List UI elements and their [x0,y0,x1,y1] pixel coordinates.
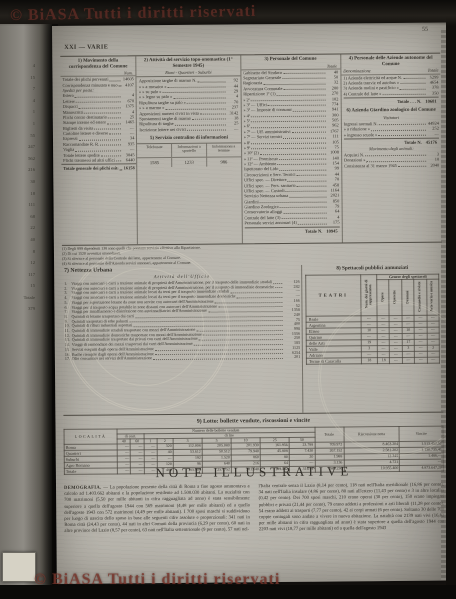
stat-label: 4) Centrale del latte » [343,91,381,97]
dotted-leader [273,283,282,284]
total-label: Totale N. [404,140,421,145]
col-header-operette: Operette [389,279,402,315]
col-header-drammi: Drammi [402,279,415,315]
stat-label: Consistenza al 31 marzo 1945 [344,163,397,169]
total-value: 10681 [425,99,436,104]
dotted-leader [378,135,426,136]
previous-page-number: 4 [24,64,35,69]
dotted-leader [187,130,225,131]
section-total: Totale N. 45176 [344,138,439,146]
total-label: Totale . . . N. [397,99,421,104]
photo-dark-edge [446,0,456,599]
paragraph-lead: DEMOGRAFIA. [64,486,102,491]
section-spettacoli: 8) Spettacoli pubblici annunziati TEATRI… [302,264,443,413]
centralino-col: Informazioni a termine 986 [207,143,241,166]
col-header-commedie: Commedie e riviste [414,279,427,315]
stat-label: Personale servizi annonari (4) [244,220,297,226]
dotted-leader [403,78,425,79]
dotted-leader [398,166,426,167]
cell: — [402,357,414,363]
stat-rows: Totale dei plichi pervenuti 14605 Corris… [60,77,136,172]
section-total: Totale . . . N. 10681 [343,97,438,105]
previous-page-numbers: 415741155247562216301811168224081211715T… [24,64,35,312]
stat-row: Plichi trasmessi ad altri uffici 6440 [61,157,136,163]
section-title: 2) Attività del servizio topo-onomastica… [139,57,238,69]
spine-label [2,552,36,582]
previous-page-number: 7 [24,87,35,92]
previous-page-number: 1 [24,110,35,115]
previous-page-number: 22 [24,226,35,231]
stat-value: 4107 [122,82,134,87]
rotated-header: Commedie e riviste [418,280,422,314]
stat-row: Totale generale dei plichi esitati 16158 [61,164,136,172]
dotted-leader [108,118,121,119]
stat-rows: Ingressi normali N. 44924 » a riduzione … [342,120,441,137]
stat-rows: 1. Viaggi con autocarri e carri a trazio… [62,280,302,362]
middle-sections-band: 7) Nettezza Urbana Attività dell'Ufficio… [62,264,443,416]
dotted-leader [119,85,121,86]
section-subtitle: Attività dell'Ufficio [62,273,301,280]
dotted-leader [382,94,425,95]
stat-value: 175 [327,220,339,225]
previous-page-number: 18 [24,192,35,197]
cell: 18 [378,358,390,364]
col-header-riscossione: Riscossione netta [344,426,400,441]
dotted-leader [120,169,122,170]
previous-page-number: 379 [24,307,35,312]
col-value: 986 [207,157,241,166]
top-sections-band: 1) Movimento della corrispondenza del Co… [60,53,442,246]
col-header-totale: Totale [315,427,344,442]
note-illustrative-title: NOTE ILLUSTRATIVE [64,463,444,482]
rotated-header: Opere [381,280,385,314]
section-title: 4) Personale delle Aziende autonome del … [343,56,438,68]
dotted-leader [101,155,122,156]
section-personale-comune: 3) Personale del Comune Totale Gabinetto… [241,54,343,243]
section-aziende-and-zoo: 4) Personale delle Aziende autonome del … [341,54,442,243]
stat-label: » ingresso scuole » [344,132,378,138]
total-value: 10945 [326,228,337,233]
previous-page-number: 30 [24,180,35,185]
stat-label: Iscrizione lettere nei civici [139,126,186,132]
section-title: 3) Personale del Comune [243,57,338,63]
stat-label: Totale generale dei plichi esitati [63,166,118,172]
previous-page-number: 15 [24,76,35,81]
previous-page-number: 1 [24,122,35,127]
dotted-leader [275,287,283,288]
col-header: Informazioni a sportello [172,143,206,157]
section-total: Totale N. 10945 [244,226,339,234]
stat-value: 16158 [123,166,135,171]
rotated-header: Operette [393,280,397,314]
previous-page-number: 68 [24,215,35,220]
stat-value: — [226,126,238,131]
paragraph-text: — La popolazione presente della città di… [64,484,250,534]
col-header-opere: Opere [377,280,390,316]
col-header: Informazioni a termine [207,143,241,157]
dotted-leader [100,145,121,146]
dotted-leader [110,80,121,81]
stat-row: 4) Centrale del latte » 350 [341,90,440,96]
stat-value: — [427,131,439,136]
centralino-col: Telefonate 1585 [137,144,172,167]
row-number: 17. [65,357,72,362]
chapter-title: XXI — VARIE [64,44,108,51]
section-subtitle: Movimento degli animali: [342,146,441,152]
previous-page-number: 12 [24,261,35,266]
stat-row: Personale servizi annonari (4) 175 [242,220,341,226]
dotted-leader [116,161,122,162]
previous-page-number: 40 [24,238,35,243]
section-title: 6) Azienda Giardino zoologico del Comune [344,108,439,114]
previous-page-number: 216 [24,168,35,173]
theater-name: Terme di Caracalla [307,358,362,364]
rotated-header: Num. dei giorni di rappresentaz. [365,278,373,312]
section-title: 5) Servizio centralino di informazioni [139,135,238,142]
dotted-leader [109,134,121,135]
scanned-page: 55 XXI — VARIE 1) Movimento della corris… [52,23,451,584]
scanned-book-photo: 415741155247562216301811168224081211715T… [0,0,456,599]
cell: — [390,357,402,363]
previous-page-number: Totale [24,296,35,301]
previous-page-number: 117 [24,273,35,278]
col-header: Telefonate [137,144,171,158]
col-header-giorni: Num. dei giorni di rappresentaz. [360,275,377,316]
dotted-leader [107,123,121,124]
col-header: Denominazione [343,69,371,75]
previous-page-number: 55 [24,134,35,139]
total-value: 45176 [426,140,437,145]
stat-value: 2040 [427,162,439,167]
cell: — [415,357,427,363]
note-column-right: l'Italia centrale senza il Lazio (8,14 p… [259,483,445,534]
watermark-bottom: © BiASA Tutti i diritti riservati [34,571,280,589]
col-header: Totale [426,68,438,73]
stat-row: » ingresso scuole » — [342,131,441,137]
previous-page-number: 8 [24,250,35,255]
centralino-table: Telefonate 1585 Informazioni a sportello… [137,142,240,167]
stat-value: 350 [427,90,439,95]
previous-page-number: 111 [24,203,35,208]
section-title: 8) Spettacoli pubblici annunziati [304,266,440,273]
col-header-teatri: TEATRI [306,275,361,316]
stat-rows: Acquisti N. 3 Donazioni » 10 Consistenza… [342,152,441,169]
stat-label: Plichi trasmessi ad altri uffici [63,157,115,163]
previous-page-number: 247 [24,145,35,150]
section-subtitle: Visitatori [342,114,441,120]
stat-value: 201 [284,355,300,360]
stat-label: » 3ª — Imposte di consumo [243,107,292,113]
page-number: 55 [422,27,428,33]
dotted-leader [153,358,283,360]
stat-rows: Apposizione targhe di marmo N. 92 » » a … [137,78,241,133]
stat-row: Iscrizione lettere nei civici — [137,126,240,132]
teatri-table-body: Reale — — — — — — Argentina — — — [306,315,439,364]
teatri-table: TEATRI Num. dei giorni di rappresentaz. … [305,274,440,365]
section-toponomastica-and-centralino: 2) Attività del servizio topo-onomastica… [137,55,243,244]
previous-page-number: 4 [24,99,35,104]
dotted-leader [200,113,225,114]
stat-rows: 1) Azienda elettricità ed acque N. 5299 … [341,74,440,96]
table-row: Terme di Caracalla 18 18 — — — — [307,357,440,364]
stat-value: 6440 [123,157,135,162]
col-value: 1233 [172,157,206,166]
stat-row: 17. Olio consumato nei servizi dell'Ammi… [63,355,302,362]
section-nettezza-urbana: 7) Nettezza Urbana Attività dell'Ufficio… [62,265,304,415]
total-label: Totale N. [305,228,322,233]
rotated-header: Drammi [406,280,410,314]
previous-page-number: 15 [24,284,35,289]
previous-page-number: 562 [24,157,35,162]
dotted-leader [298,223,327,224]
section-corrispondenza: 1) Movimento della corrispondenza del Co… [60,56,138,245]
stat-rows: Gabinetto del Sindaco 40 Segretariato Ge… [241,69,342,226]
stat-row: Consistenza al 31 marzo 1945 2040 [342,162,441,168]
note-column-left: DEMOGRAFIA. — La popolazione presente de… [64,484,250,535]
footnotes: (1) Degli 899 dipendenti 138 sono quelli… [62,245,330,268]
stat-label: Olio consumato nei servizi dell'Amminist… [72,356,152,361]
cell: — [427,357,440,363]
section-subtitle: Rioni - Quartieri - Suburbi [137,70,240,76]
col-header-arte-varia: Arte varia e musica [426,279,439,315]
note-illustrative: NOTE ILLUSTRATIVE DEMOGRAFIA. — La popol… [64,463,445,536]
col-header-vincite: Vincite [399,426,443,441]
col-header-localita: LOCALITÀ [64,429,117,444]
teatri-table-head: TEATRI Num. dei giorni di rappresentaz. … [306,274,439,316]
centralino-col: Informazioni a sportello 1233 [172,143,207,166]
rotated-header: Arte varia e musica [431,280,435,314]
cell: 18 [361,358,377,364]
col-value: 1585 [138,158,172,167]
section-title: 1) Movimento della corrispondenza del Co… [62,58,134,70]
